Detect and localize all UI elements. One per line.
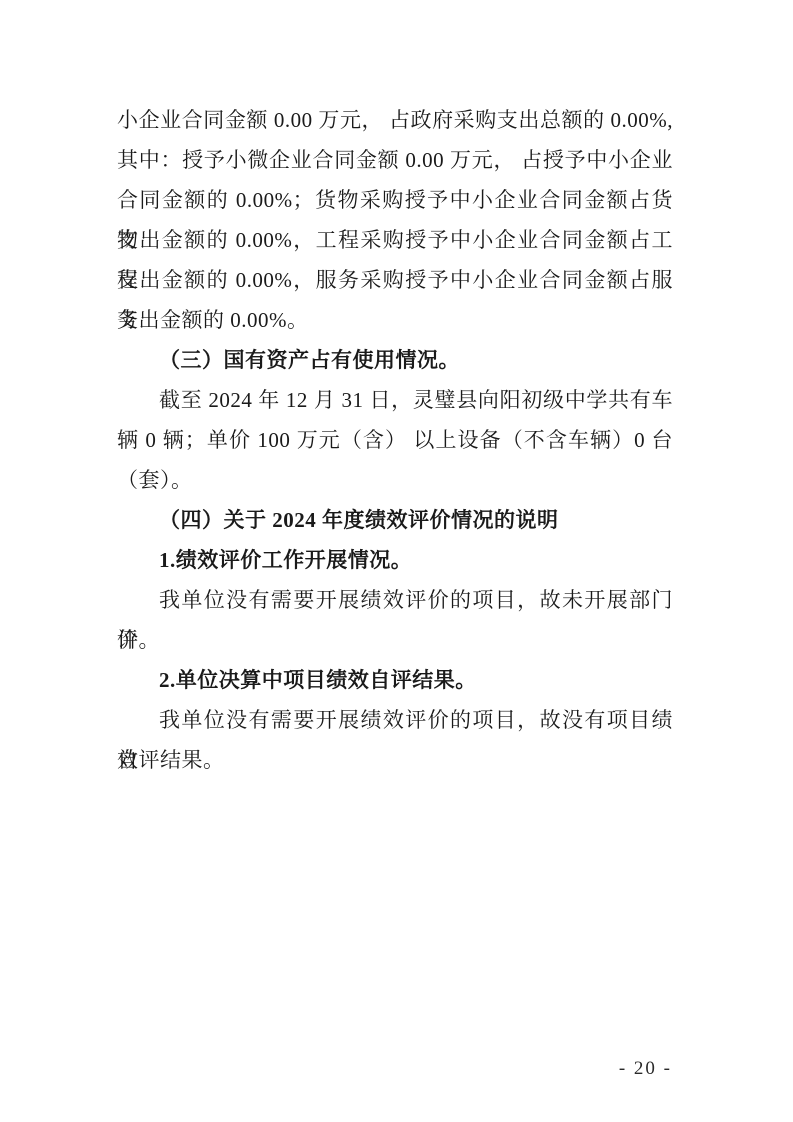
- subsection-heading-1: 1.绩效评价工作开展情况。: [117, 540, 673, 580]
- paragraph-line: 价。: [117, 620, 673, 660]
- paragraph-line: 我单位没有需要开展绩效评价的项目，故未开展部门评: [117, 580, 673, 620]
- paragraph-line: 小企业合同金额 0.00 万元， 占政府采购支出总额的 0.00%,: [117, 100, 673, 140]
- paragraph-line: 截至 2024 年 12 月 31 日，灵璧县向阳初级中学共有车: [117, 380, 673, 420]
- paragraph-line: 自评结果。: [117, 740, 673, 780]
- paragraph-line: 支出金额的 0.00%，服务采购授予中小企业合同金额占服务: [117, 260, 673, 300]
- document-page: { "doc": { "lines": [ { "text": "小企业合同金额…: [0, 0, 793, 1122]
- section-heading-4: （四）关于 2024 年度绩效评价情况的说明: [117, 500, 673, 540]
- paragraph-line: 合同金额的 0.00%；货物采购授予中小企业合同金额占货物: [117, 180, 673, 220]
- paragraph-line: 我单位没有需要开展绩效评价的项目，故没有项目绩效: [117, 700, 673, 740]
- paragraph-line: （套）。: [117, 460, 673, 500]
- paragraph-line: 其中：授予小微企业合同金额 0.00 万元， 占授予中小企业: [117, 140, 673, 180]
- page-number: - 20 -: [619, 1058, 672, 1080]
- paragraph-line: 支出金额的 0.00%，工程采购授予中小企业合同金额占工程: [117, 220, 673, 260]
- paragraph-line: 辆 0 辆；单价 100 万元（含） 以上设备（不含车辆）0 台: [117, 420, 673, 460]
- page-background: 小企业合同金额 0.00 万元， 占政府采购支出总额的 0.00%, 其中：授予…: [0, 0, 793, 1122]
- document-body: 小企业合同金额 0.00 万元， 占政府采购支出总额的 0.00%, 其中：授予…: [117, 100, 673, 780]
- subsection-heading-2: 2.单位决算中项目绩效自评结果。: [117, 660, 673, 700]
- section-heading-3: （三）国有资产占有使用情况。: [117, 340, 673, 380]
- paragraph-line: 支出金额的 0.00%。: [117, 300, 673, 340]
